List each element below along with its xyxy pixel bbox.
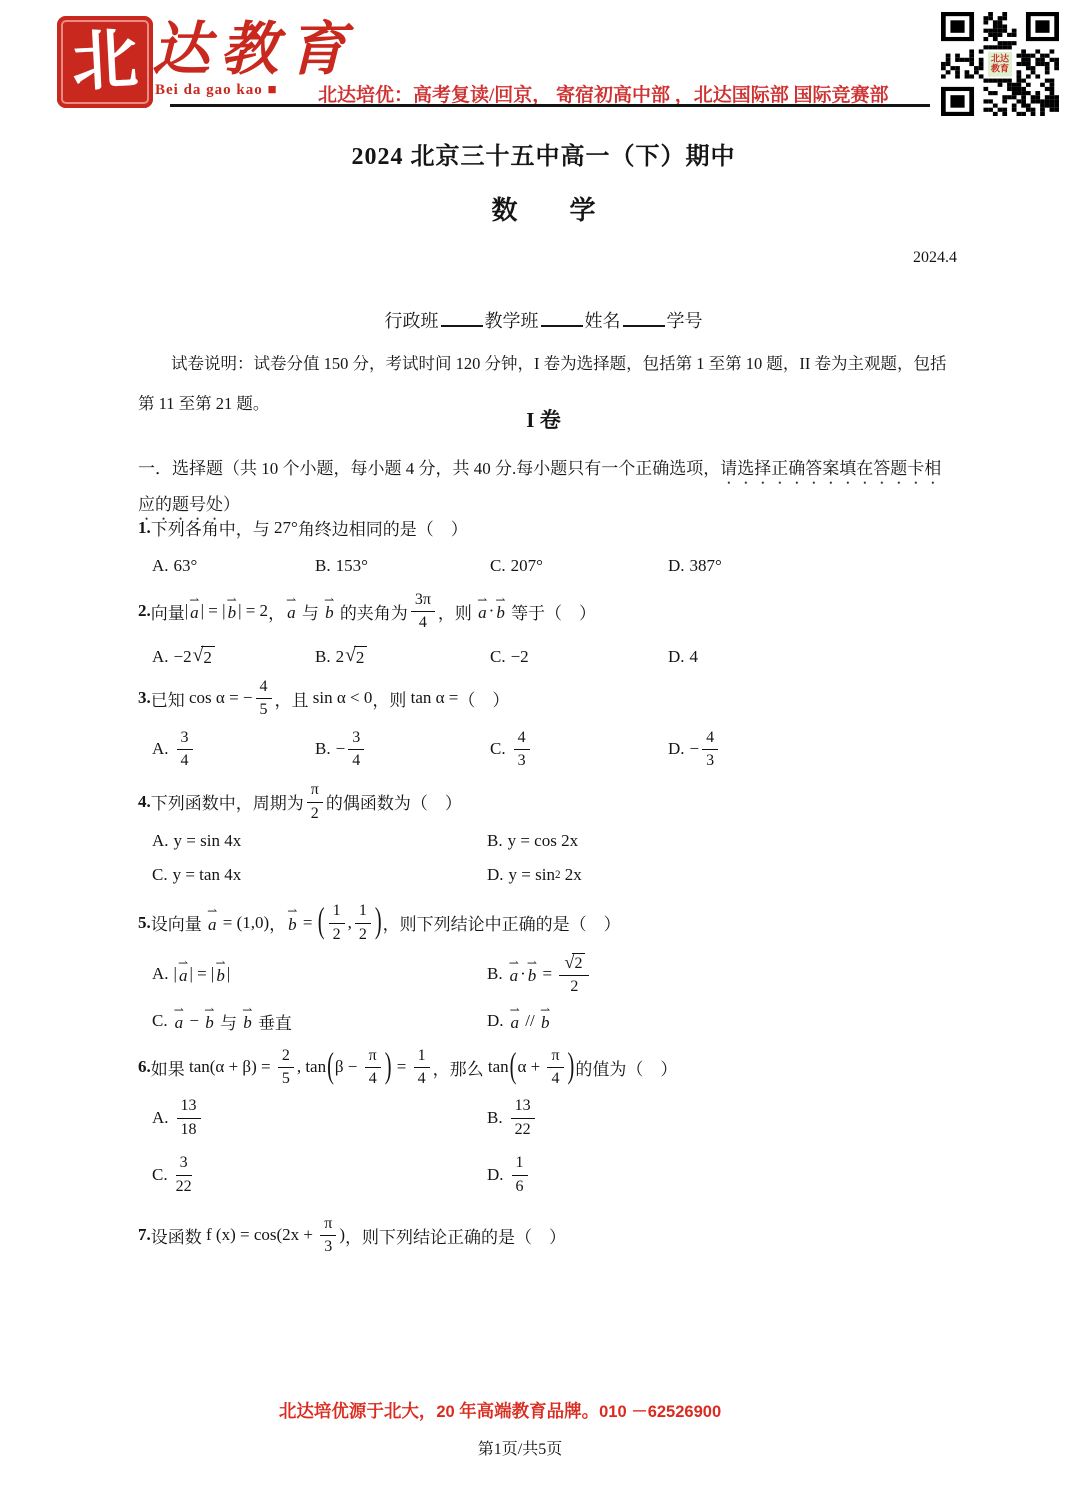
footer-brand-text: 北达培优源于北大，: [279, 1401, 437, 1421]
math-fragment: tan(α + β) =: [189, 1057, 275, 1077]
vector-arrow-icon: ⇀: [189, 594, 199, 606]
text-fragment: 的夹角为: [336, 599, 408, 624]
text-fragment: 与: [298, 599, 324, 624]
math-fragment: 2: [336, 647, 345, 667]
fraction-numerator: 3: [176, 1153, 192, 1175]
question-stem: 6.如果 tan(α + β) = 25, tan(β − π4) = 14，那…: [138, 1044, 968, 1091]
fraction: 34: [348, 728, 364, 771]
question-number: 6.: [138, 1057, 151, 1077]
subject-title: 数 学: [0, 190, 1087, 227]
option: C.207°: [490, 554, 668, 578]
fraction-denominator: 2: [333, 924, 341, 944]
text-fragment: ，: [269, 910, 286, 935]
math-fragment: =: [393, 1057, 411, 1077]
fraction-denominator: 5: [260, 699, 268, 719]
question: 6.如果 tan(α + β) = 25, tan(β − π4) = 14，那…: [138, 1044, 968, 1198]
vector-arrow-icon: ⇀: [215, 957, 225, 969]
vector: ⇀b: [539, 1013, 552, 1033]
math-fragment: tan: [488, 1057, 509, 1077]
brand-subtext: Bei da gao kao ■: [155, 82, 278, 99]
option: D.−43: [668, 726, 968, 773]
math-fragment: | = |: [189, 964, 214, 984]
math-fragment: 2: [333, 926, 341, 944]
math-fragment: 1: [359, 902, 367, 920]
question: 1.下列各角中，与 27°角终边相同的是（ ）A.63°B.153°C.207°…: [138, 515, 968, 578]
math-fragment: 1: [516, 1154, 524, 1172]
option: A.−2√2: [152, 645, 315, 669]
vector-arrow-icon: ⇀: [509, 957, 519, 969]
vector-arrow-icon: ⇀: [204, 1004, 214, 1016]
math-fragment: 3: [180, 1154, 188, 1172]
fraction-numerator: 4: [256, 677, 272, 699]
big-paren: ): [375, 902, 382, 942]
math-fragment: −2: [511, 647, 529, 667]
option: B.153°: [315, 554, 490, 578]
fraction-denominator: 22: [515, 1119, 531, 1139]
math-fragment: β −: [335, 1057, 362, 1077]
option-label: D.: [668, 739, 685, 759]
math-fragment: 4: [369, 1070, 377, 1088]
fraction-numerator: π: [307, 780, 323, 802]
fraction: 43: [514, 728, 530, 771]
big-paren: (: [327, 1047, 334, 1087]
fraction-numerator: 3: [177, 728, 193, 750]
math-fragment: 2: [282, 1047, 290, 1065]
vector: ⇀a: [206, 915, 219, 935]
question-stem: 4.下列函数中，周期为π2的偶函数为（ ）: [138, 778, 968, 825]
option-label: C.: [490, 647, 506, 667]
math-fragment: cos α = −: [189, 688, 253, 708]
option-label: A.: [152, 739, 169, 759]
fraction-denominator: 6: [516, 1176, 524, 1196]
math-fragment: π: [551, 1047, 559, 1065]
fraction-numerator: √2: [559, 952, 589, 976]
math-fragment: 4: [690, 647, 699, 667]
text-fragment: ，则: [372, 686, 410, 711]
fraction: 12: [329, 901, 345, 944]
vector-arrow-icon: ⇀: [495, 594, 505, 606]
fraction: 34: [177, 728, 193, 771]
option: A.|⇀a| = |⇀b|: [152, 962, 487, 986]
math-fragment: −: [336, 739, 346, 759]
vector: ⇀a: [509, 1013, 522, 1033]
question-number: 2.: [138, 601, 151, 621]
math-fragment: y = sin 4x: [174, 831, 242, 851]
footer-brand-years: 20: [436, 1403, 454, 1421]
math-fragment: y = sin: [509, 865, 555, 885]
fraction-numerator: 1: [414, 1046, 430, 1068]
fraction: π2: [307, 780, 323, 823]
question: 7.设函数 f (x) = cos(2x + π3)，则下列结论正确的是（ ）: [138, 1212, 968, 1259]
question-stem: 1.下列各角中，与 27°角终边相同的是（ ）: [138, 515, 968, 540]
fraction-numerator: 1: [355, 901, 371, 923]
text-fragment: 下列函数中，周期为: [151, 789, 304, 814]
option: A.34: [152, 726, 315, 773]
fraction: 1322: [511, 1096, 535, 1139]
page-number: 第1页/共5页: [0, 1436, 1040, 1459]
question-number: 5.: [138, 913, 151, 933]
fraction-numerator: π: [365, 1046, 381, 1068]
square-root: √2: [564, 953, 585, 973]
option-label: C.: [152, 1011, 168, 1031]
vector: ⇀a: [177, 966, 190, 986]
vector: ⇀a: [285, 603, 298, 623]
option-label: B.: [315, 556, 331, 576]
fraction-denominator: 2: [570, 976, 578, 996]
option-label: D.: [668, 556, 685, 576]
option-label: C.: [152, 865, 168, 885]
math-fragment: 4: [418, 1070, 426, 1088]
math-fragment: 2: [570, 978, 578, 996]
math-fragment: 22: [515, 1121, 531, 1139]
vector-arrow-icon: ⇀: [174, 1004, 184, 1016]
math-fragment: −2: [174, 647, 192, 667]
fraction: π3: [320, 1214, 336, 1257]
text-fragment: 下列各角中，与: [151, 515, 274, 540]
fraction: 25: [278, 1046, 294, 1089]
question-number: 1.: [138, 518, 151, 538]
option: A.1318: [152, 1094, 487, 1141]
math-fragment: 207°: [511, 556, 543, 576]
math-fragment: 3π: [415, 591, 431, 609]
section-heading-emphasis-1: 请选择正确答案填在答题卡: [720, 459, 924, 478]
text-fragment: ，且: [275, 686, 313, 711]
fraction-numerator: 13: [511, 1096, 535, 1118]
fraction: 12: [355, 901, 371, 944]
option: A.y = sin 4x: [152, 829, 487, 853]
option: B.⇀a·⇀b = √22: [487, 950, 968, 999]
question-list: 1.下列各角中，与 27°角终边相同的是（ ）A.63°B.153°C.207°…: [138, 505, 968, 1259]
radicand: 2: [572, 953, 585, 973]
text-fragment: 等于（ ）: [507, 599, 596, 624]
math-fragment: =: [299, 913, 317, 933]
radicand: 2: [354, 646, 368, 668]
math-fragment: 13: [181, 1097, 197, 1115]
blank-line: [623, 306, 665, 327]
math-fragment: | = 2: [238, 601, 268, 621]
vector-arrow-icon: ⇀: [527, 957, 537, 969]
math-fragment: f (x) = cos(2x +: [206, 1225, 317, 1245]
question: 4.下列函数中，周期为π2的偶函数为（ ）A.y = sin 4xB.y = c…: [138, 778, 968, 887]
option-label: B.: [487, 964, 503, 984]
option-label: C.: [490, 739, 506, 759]
fraction-denominator: 4: [551, 1068, 559, 1088]
math-fragment: = (1,0): [219, 913, 270, 933]
footer-brand-line: 北达培优源于北大，20 年高端教育品牌。010 －62526900: [0, 1398, 1000, 1423]
math-fragment: 18: [181, 1121, 197, 1139]
options-grid: A.1318B.1322C.322D.16: [138, 1094, 968, 1198]
math-fragment: 3: [181, 729, 189, 747]
student-field-label: 学号: [667, 311, 703, 331]
fraction-denominator: 4: [369, 1068, 377, 1088]
math-fragment: 3: [518, 752, 526, 770]
vector: ⇀b: [286, 915, 299, 935]
text-fragment: 已知: [151, 686, 189, 711]
student-field-label: 行政班: [385, 311, 439, 331]
question: 2.向量|⇀a| = |⇀b| = 2，⇀a 与 ⇀b 的夹角为3π4，则 ⇀a…: [138, 588, 968, 669]
vector: ⇀a: [188, 603, 201, 623]
volume-heading: I 卷: [0, 404, 1087, 434]
text-fragment: ，则: [438, 599, 476, 624]
fraction-denominator: 4: [418, 1068, 426, 1088]
text-fragment: ，则下列结论中正确的是（ ）: [383, 910, 621, 935]
option: C.322: [152, 1151, 487, 1198]
option-label: B.: [315, 647, 331, 667]
math-fragment: π: [324, 1215, 332, 1233]
student-field-label: 姓名: [585, 311, 621, 331]
brand-seal-logo: 北: [57, 16, 153, 108]
option-label: B.: [315, 739, 331, 759]
blank-line: [541, 306, 583, 327]
math-fragment: | = |: [201, 601, 226, 621]
fraction-denominator: 22: [176, 1176, 192, 1196]
vector: ⇀a: [476, 603, 489, 623]
vector-arrow-icon: ⇀: [287, 905, 297, 917]
fraction-numerator: 1: [512, 1153, 528, 1175]
math-fragment: y = tan 4x: [173, 865, 242, 885]
math-fragment: 4: [518, 729, 526, 747]
question: 3.已知 cos α = −45，且 sin α < 0，则 tan α =（ …: [138, 675, 968, 773]
fraction-numerator: 1: [329, 901, 345, 923]
option-label: D.: [487, 1011, 504, 1031]
big-paren: ): [385, 1047, 392, 1087]
qr-center-label: 北达 教育: [988, 52, 1012, 77]
math-fragment: sin α < 0: [313, 688, 373, 708]
question-stem: 3.已知 cos α = −45，且 sin α < 0，则 tan α =（ …: [138, 675, 968, 722]
student-info-row: 行政班教学班姓名学号: [0, 306, 1087, 333]
vector: ⇀b: [203, 1013, 216, 1033]
vector: ⇀b: [214, 966, 227, 986]
math-fragment: π: [369, 1047, 377, 1065]
fraction-numerator: 4: [702, 728, 718, 750]
math-fragment: =: [538, 964, 556, 984]
square-root: √2: [345, 646, 367, 668]
question-number: 7.: [138, 1225, 151, 1245]
option-label: C.: [490, 556, 506, 576]
vector-arrow-icon: ⇀: [178, 957, 188, 969]
fraction-denominator: 2: [311, 803, 319, 823]
option-label: B.: [487, 831, 503, 851]
question-stem: 2.向量|⇀a| = |⇀b| = 2，⇀a 与 ⇀b 的夹角为3π4，则 ⇀a…: [138, 588, 968, 635]
footer-phone: 010 －62526900: [599, 1403, 721, 1421]
vector: ⇀b: [494, 603, 507, 623]
math-fragment: 4: [181, 752, 189, 770]
math-fragment: 3: [324, 1238, 332, 1256]
fraction-numerator: 4: [514, 728, 530, 750]
header-slogan: 北达培优：高考复读/回京， 寄宿初高中部 ，北达国际部 国际竞赛部: [318, 80, 889, 107]
text-fragment: ，: [268, 599, 285, 624]
options-grid: A.63°B.153°C.207°D.387°: [138, 554, 968, 578]
fraction-denominator: 3: [324, 1236, 332, 1256]
math-fragment: 2x: [561, 865, 582, 885]
text-fragment: 的偶函数为（ ）: [326, 789, 462, 814]
vector-arrow-icon: ⇀: [510, 1004, 520, 1016]
text-fragment: 垂直: [254, 1009, 292, 1034]
text-fragment: ，则下列结论正确的是（ ）: [345, 1223, 566, 1248]
option: A.63°: [152, 554, 315, 578]
question-number: 3.: [138, 688, 151, 708]
fraction: 16: [512, 1153, 528, 1196]
fraction-denominator: 4: [419, 612, 427, 632]
math-fragment: //: [521, 1011, 539, 1031]
fraction: √22: [559, 952, 589, 997]
student-field-label: 教学班: [485, 311, 539, 331]
math-fragment: y = cos 2x: [508, 831, 579, 851]
radicand: 2: [201, 646, 215, 668]
fraction: 14: [414, 1046, 430, 1089]
option: B.2√2: [315, 645, 490, 669]
math-fragment: , tan: [297, 1057, 326, 1077]
option: D.387°: [668, 554, 968, 578]
math-fragment: 153°: [336, 556, 368, 576]
math-fragment: 1: [333, 902, 341, 920]
vector-arrow-icon: ⇀: [286, 594, 296, 606]
section-heading-lead: 一．选择题（共 10 个小题，每小题 4 分，共 40 分.每小题只有一个正确选…: [138, 459, 720, 478]
question-number: 4.: [138, 792, 151, 812]
qr-code: 北达 教育: [941, 12, 1059, 116]
vector: ⇀b: [226, 603, 239, 623]
option-label: C.: [152, 1165, 168, 1185]
exam-date: 2024.4: [913, 249, 957, 267]
fraction: 322: [176, 1153, 192, 1196]
option-label: A.: [152, 556, 169, 576]
option-label: D.: [668, 647, 685, 667]
fraction-denominator: 4: [181, 750, 189, 770]
text-fragment: （ ）: [458, 686, 509, 711]
vector-arrow-icon: ⇀: [477, 594, 487, 606]
header-divider: [170, 104, 930, 107]
vector-arrow-icon: ⇀: [242, 1004, 252, 1016]
math-fragment: 4: [352, 752, 360, 770]
big-paren: (: [510, 1047, 517, 1087]
question: 5.设向量 ⇀a = (1,0)，⇀b = (12,12)，则下列结论中正确的是…: [138, 899, 968, 1034]
fraction-numerator: 13: [177, 1096, 201, 1118]
fraction: 43: [702, 728, 718, 771]
vector-arrow-icon: ⇀: [324, 594, 334, 606]
math-fragment: α +: [517, 1057, 544, 1077]
math-fragment: −: [185, 1011, 203, 1031]
math-fragment: 6: [516, 1178, 524, 1196]
math-fragment: −: [690, 739, 700, 759]
option-label: A.: [152, 964, 169, 984]
option: B.1322: [487, 1094, 968, 1141]
options-grid: A.y = sin 4xB.y = cos 2xC.y = tan 4xD.y …: [138, 829, 968, 887]
fraction-denominator: 3: [706, 750, 714, 770]
text-fragment: 的值为（ ）: [575, 1055, 677, 1080]
footer-brand-text2: 年高端教育品牌。: [455, 1401, 599, 1421]
fraction: 3π4: [411, 590, 435, 633]
text-fragment: 如果: [151, 1055, 189, 1080]
option: D.⇀a // ⇀b: [487, 1009, 968, 1033]
options-grid: A.34B.−34C.43D.−43: [138, 726, 968, 773]
options-grid: A.|⇀a| = |⇀b|B.⇀a·⇀b = √22C.⇀a − ⇀b 与 ⇀b…: [138, 950, 968, 1034]
math-fragment: π: [311, 781, 319, 799]
fraction-denominator: 2: [359, 924, 367, 944]
math-fragment: 387°: [690, 556, 722, 576]
math-fragment: 27°: [274, 518, 298, 538]
math-fragment: 22: [176, 1178, 192, 1196]
text-fragment: 设向量: [151, 910, 206, 935]
fraction: π4: [365, 1046, 381, 1089]
option-label: B.: [487, 1108, 503, 1128]
math-fragment: 13: [515, 1097, 531, 1115]
math-fragment: 3: [706, 752, 714, 770]
question-stem: 5.设向量 ⇀a = (1,0)，⇀b = (12,12)，则下列结论中正确的是…: [138, 899, 968, 946]
option-label: D.: [487, 865, 504, 885]
math-fragment: 1: [418, 1047, 426, 1065]
fraction: 1318: [177, 1096, 201, 1139]
fraction-denominator: 18: [181, 1119, 197, 1139]
fraction-denominator: 3: [518, 750, 526, 770]
math-fragment: 5: [260, 701, 268, 719]
fraction-numerator: 3π: [411, 590, 435, 612]
option-label: A.: [152, 1108, 169, 1128]
option: D.4: [668, 645, 968, 669]
vector-arrow-icon: ⇀: [540, 1004, 550, 1016]
fraction: 45: [256, 677, 272, 720]
seal-character: 北: [70, 27, 139, 96]
fraction-numerator: 2: [278, 1046, 294, 1068]
square-root: √2: [193, 646, 215, 668]
text-fragment: 向量: [151, 599, 185, 624]
text-fragment: ，那么: [433, 1055, 488, 1080]
option: C.y = tan 4x: [152, 863, 487, 887]
fraction: π4: [547, 1046, 563, 1089]
blank-line: [441, 306, 483, 327]
math-fragment: tan α =: [411, 688, 459, 708]
math-fragment: 4: [260, 678, 268, 696]
vector: ⇀b: [323, 603, 336, 623]
brand-wordmark: 达教育: [152, 2, 356, 86]
math-fragment: 5: [282, 1070, 290, 1088]
exam-title: 2024 北京三十五中高一（下）期中: [0, 136, 1087, 171]
fraction-denominator: 4: [352, 750, 360, 770]
option: C.43: [490, 726, 668, 773]
math-fragment: 4: [419, 614, 427, 632]
text-fragment: 角终边相同的是（ ）: [298, 515, 468, 540]
math-fragment: ,: [348, 913, 352, 933]
math-fragment: 4: [706, 729, 714, 747]
option: D.y = sin2 2x: [487, 863, 968, 887]
vector: ⇀a: [508, 966, 521, 986]
fraction-numerator: π: [547, 1046, 563, 1068]
option: C.−2: [490, 645, 668, 669]
option: D.16: [487, 1151, 968, 1198]
vector: ⇀b: [241, 1013, 254, 1033]
fraction-numerator: 3: [348, 728, 364, 750]
math-fragment: 3: [352, 729, 360, 747]
text-fragment: 设函数: [151, 1223, 206, 1248]
math-fragment: |: [227, 964, 230, 984]
big-paren: (: [318, 902, 325, 942]
big-paren: ): [568, 1047, 575, 1087]
option: B.y = cos 2x: [487, 829, 968, 853]
vector-arrow-icon: ⇀: [207, 905, 217, 917]
exam-page: 北 达教育 Bei da gao kao ■ 北达培优：高考复读/回京， 寄宿初…: [0, 0, 1087, 1512]
math-fragment: 63°: [174, 556, 198, 576]
math-fragment: 2: [311, 805, 319, 823]
option-label: A.: [152, 831, 169, 851]
option-label: D.: [487, 1165, 504, 1185]
math-fragment: 2: [359, 926, 367, 944]
option-label: A.: [152, 647, 169, 667]
option: C.⇀a − ⇀b 与 ⇀b 垂直: [152, 1009, 487, 1034]
option: B.−34: [315, 726, 490, 773]
vector: ⇀a: [173, 1013, 186, 1033]
math-fragment: 4: [551, 1070, 559, 1088]
vector-arrow-icon: ⇀: [227, 594, 237, 606]
vector: ⇀b: [526, 966, 539, 986]
